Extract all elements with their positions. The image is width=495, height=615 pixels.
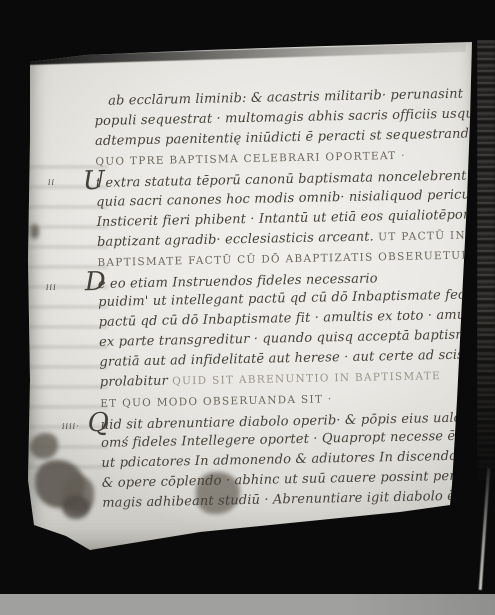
margin-chapter-number: ii bbox=[48, 178, 55, 187]
rubric-capitals: UT PACTŪ IN bbox=[378, 229, 466, 243]
text-block: ab ecclārum liminib: & acastris militari… bbox=[94, 85, 474, 512]
page-stain bbox=[30, 433, 58, 459]
bottom-scale-bar bbox=[0, 594, 495, 615]
decorated-initial: U bbox=[83, 172, 96, 190]
rubric-capitals: QUID SIT ABRENUNTIO IN BAPTISMATE bbox=[172, 370, 441, 387]
rubric-capitals: ET QUO MODO OBSERUANDA SIT · bbox=[100, 393, 332, 410]
decorated-initial: Q bbox=[87, 414, 100, 432]
page-stain bbox=[30, 224, 39, 239]
page-top-edge-shadow bbox=[26, 43, 466, 65]
minuscule-text: prolabitur bbox=[100, 374, 173, 390]
rubric-capitals: QUO TPRE BAPTISMA CELEBRARI OPORTEAT · bbox=[95, 150, 406, 168]
page-stain bbox=[62, 495, 90, 519]
minuscule-text: magis adhibeant studiū · Abrenuntiare ig… bbox=[102, 489, 455, 511]
photo-background: ii iii iiii· ab ecclārum liminib: & acas… bbox=[0, 0, 495, 615]
book-fore-edge bbox=[477, 40, 495, 490]
decorated-initial: D bbox=[85, 273, 98, 291]
manuscript-page: ii iii iiii· ab ecclārum liminib: & acas… bbox=[26, 40, 478, 552]
margin-chapter-number: iii bbox=[46, 283, 57, 292]
minuscule-text: baptizant agradib· ecclesiasticis arcean… bbox=[97, 229, 378, 250]
margin-chapter-number: iiii· bbox=[62, 422, 80, 431]
